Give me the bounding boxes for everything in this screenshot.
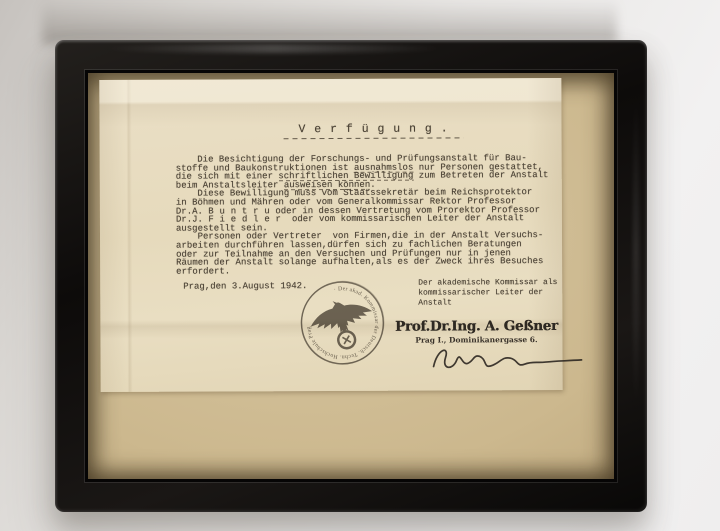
handwritten-signature: [421, 340, 589, 377]
picture-frame: V e r f ü g u n g . Die Besichtigung der…: [55, 40, 647, 512]
issuer-block: Der akademische Kommissar als kommissari…: [418, 278, 572, 309]
text-segment: erfordert.: [176, 266, 230, 276]
text-segment: oder vom kommissarischen Leiter der Anst…: [281, 213, 524, 224]
photo-background: { "photo": { "background_color": "#e9e6e…: [0, 0, 720, 531]
document-paragraphs: Die Besichtigung der Forschungs- und Prü…: [176, 154, 573, 276]
frame-mat: V e r f ü g u n g . Die Besichtigung der…: [88, 73, 614, 479]
text-segment: Räumen der Anstalt solange aufhalten,als…: [176, 256, 543, 268]
typewritten-line: Räumen der Anstalt solange aufhalten,als…: [176, 257, 572, 267]
typewritten-text: V e r f ü g u n g . Die Besichtigung der…: [176, 122, 573, 384]
signatory-name: Prof.Dr.Ing. A. Geßner: [376, 318, 576, 335]
text-segment: zum Betreten der Anstalt: [413, 170, 548, 181]
document-sheet: V e r f ü g u n g . Die Besichtigung der…: [99, 78, 562, 392]
footer-section: Prag,den 3.August 1942. Der akademische …: [176, 278, 572, 384]
signature-stroke: [434, 350, 582, 368]
issuer-line: Der akademische Kommissar als: [418, 278, 572, 289]
document-title: V e r f ü g u n g .: [284, 122, 464, 139]
issuer-line: kommissarischer Leiter der Anstalt: [418, 288, 572, 309]
wall-shadow: [42, 0, 617, 44]
